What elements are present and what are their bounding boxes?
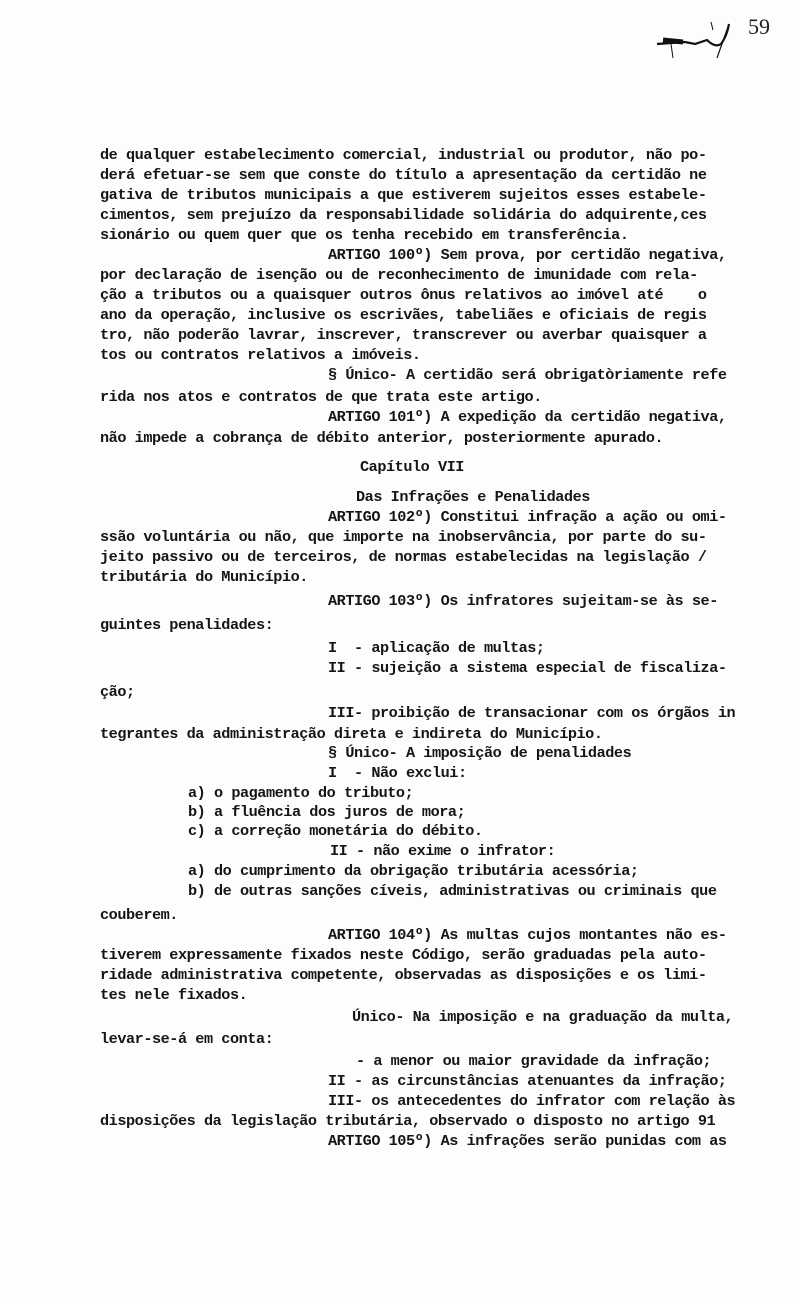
text-line: disposições da legislação tributária, ob… [100,1112,715,1130]
text-line: levar-se-á em conta: [100,1030,273,1048]
text-line: a) do cumprimento da obrigação tributári… [188,862,639,880]
text-line: ssão voluntária ou não, que importe na i… [100,528,706,546]
text-line: derá efetuar-se sem que conste do título… [100,166,706,184]
text-line: Das Infrações e Penalidades [356,488,590,506]
text-line: a) o pagamento do tributo; [188,784,413,802]
text-line: tiverem expressamente fixados neste Códi… [100,946,706,964]
text-line: ção a tributos ou a quaisquer outros ônu… [100,286,706,304]
text-line: § Único- A imposição de penalidades [328,744,631,762]
text-line: jeito passivo ou de terceiros, de normas… [100,548,706,566]
text-line: ção; [100,683,135,701]
document-page: 59 de qualquer estabelecimento comercial… [0,0,800,1302]
text-line: de qualquer estabelecimento comercial, i… [100,146,706,164]
text-line: por declaração de isenção ou de reconhec… [100,266,698,284]
text-line: III- os antecedentes do infrator com rel… [328,1092,735,1110]
text-line: couberem. [100,906,178,924]
text-line: § Único- A certidão será obrigatòriament… [328,366,727,384]
text-line: c) a correção monetária do débito. [188,822,483,840]
text-line: tributária do Município. [100,568,308,586]
page-number: 59 [748,14,770,40]
text-line: tes nele fixados. [100,986,247,1004]
text-line: guintes penalidades: [100,616,273,634]
text-line: sionário ou quem quer que os tenha receb… [100,226,629,244]
text-line: ARTIGO 105º) As infrações serão punidas … [328,1132,727,1150]
handwritten-signature-icon [655,18,745,58]
text-line: ARTIGO 103º) Os infratores sujeitam-se à… [328,592,718,610]
text-line: - a menor ou maior gravidade da infração… [356,1052,711,1070]
text-line: ARTIGO 104º) As multas cujos montantes n… [328,926,727,944]
text-line: não impede a cobrança de débito anterior… [100,429,663,447]
text-line: ridade administrativa competente, observ… [100,966,706,984]
text-line: III- proibição de transacionar com os ór… [328,704,735,722]
text-line: II - as circunstâncias atenuantes da inf… [328,1072,727,1090]
text-line: Único- Na imposição e na graduação da mu… [352,1008,733,1026]
text-line: II - não exime o infrator: [330,842,555,860]
text-line: ARTIGO 102º) Constitui infração a ação o… [328,508,727,526]
text-line: ano da operação, inclusive os escrivães,… [100,306,706,324]
text-line: gativa de tributos municipais a que esti… [100,186,706,204]
text-line: II - sujeição a sistema especial de fisc… [328,659,727,677]
text-line: tegrantes da administração direta e indi… [100,725,603,743]
text-line: tos ou contratos relativos a imóveis. [100,346,421,364]
text-line: I - aplicação de multas; [328,639,545,657]
text-line: cimentos, sem prejuízo da responsabilida… [100,206,706,224]
text-line: rida nos atos e contratos de que trata e… [100,388,542,406]
text-line: Capítulo VII [360,458,464,476]
text-line: b) a fluência dos juros de mora; [188,803,465,821]
text-line: tro, não poderão lavrar, inscrever, tran… [100,326,706,344]
text-line: ARTIGO 101º) A expedição da certidão neg… [328,408,727,426]
text-line: I - Não exclui: [328,764,467,782]
text-line: ARTIGO 100º) Sem prova, por certidão neg… [328,246,727,264]
text-line: b) de outras sanções cíveis, administrat… [188,882,717,900]
